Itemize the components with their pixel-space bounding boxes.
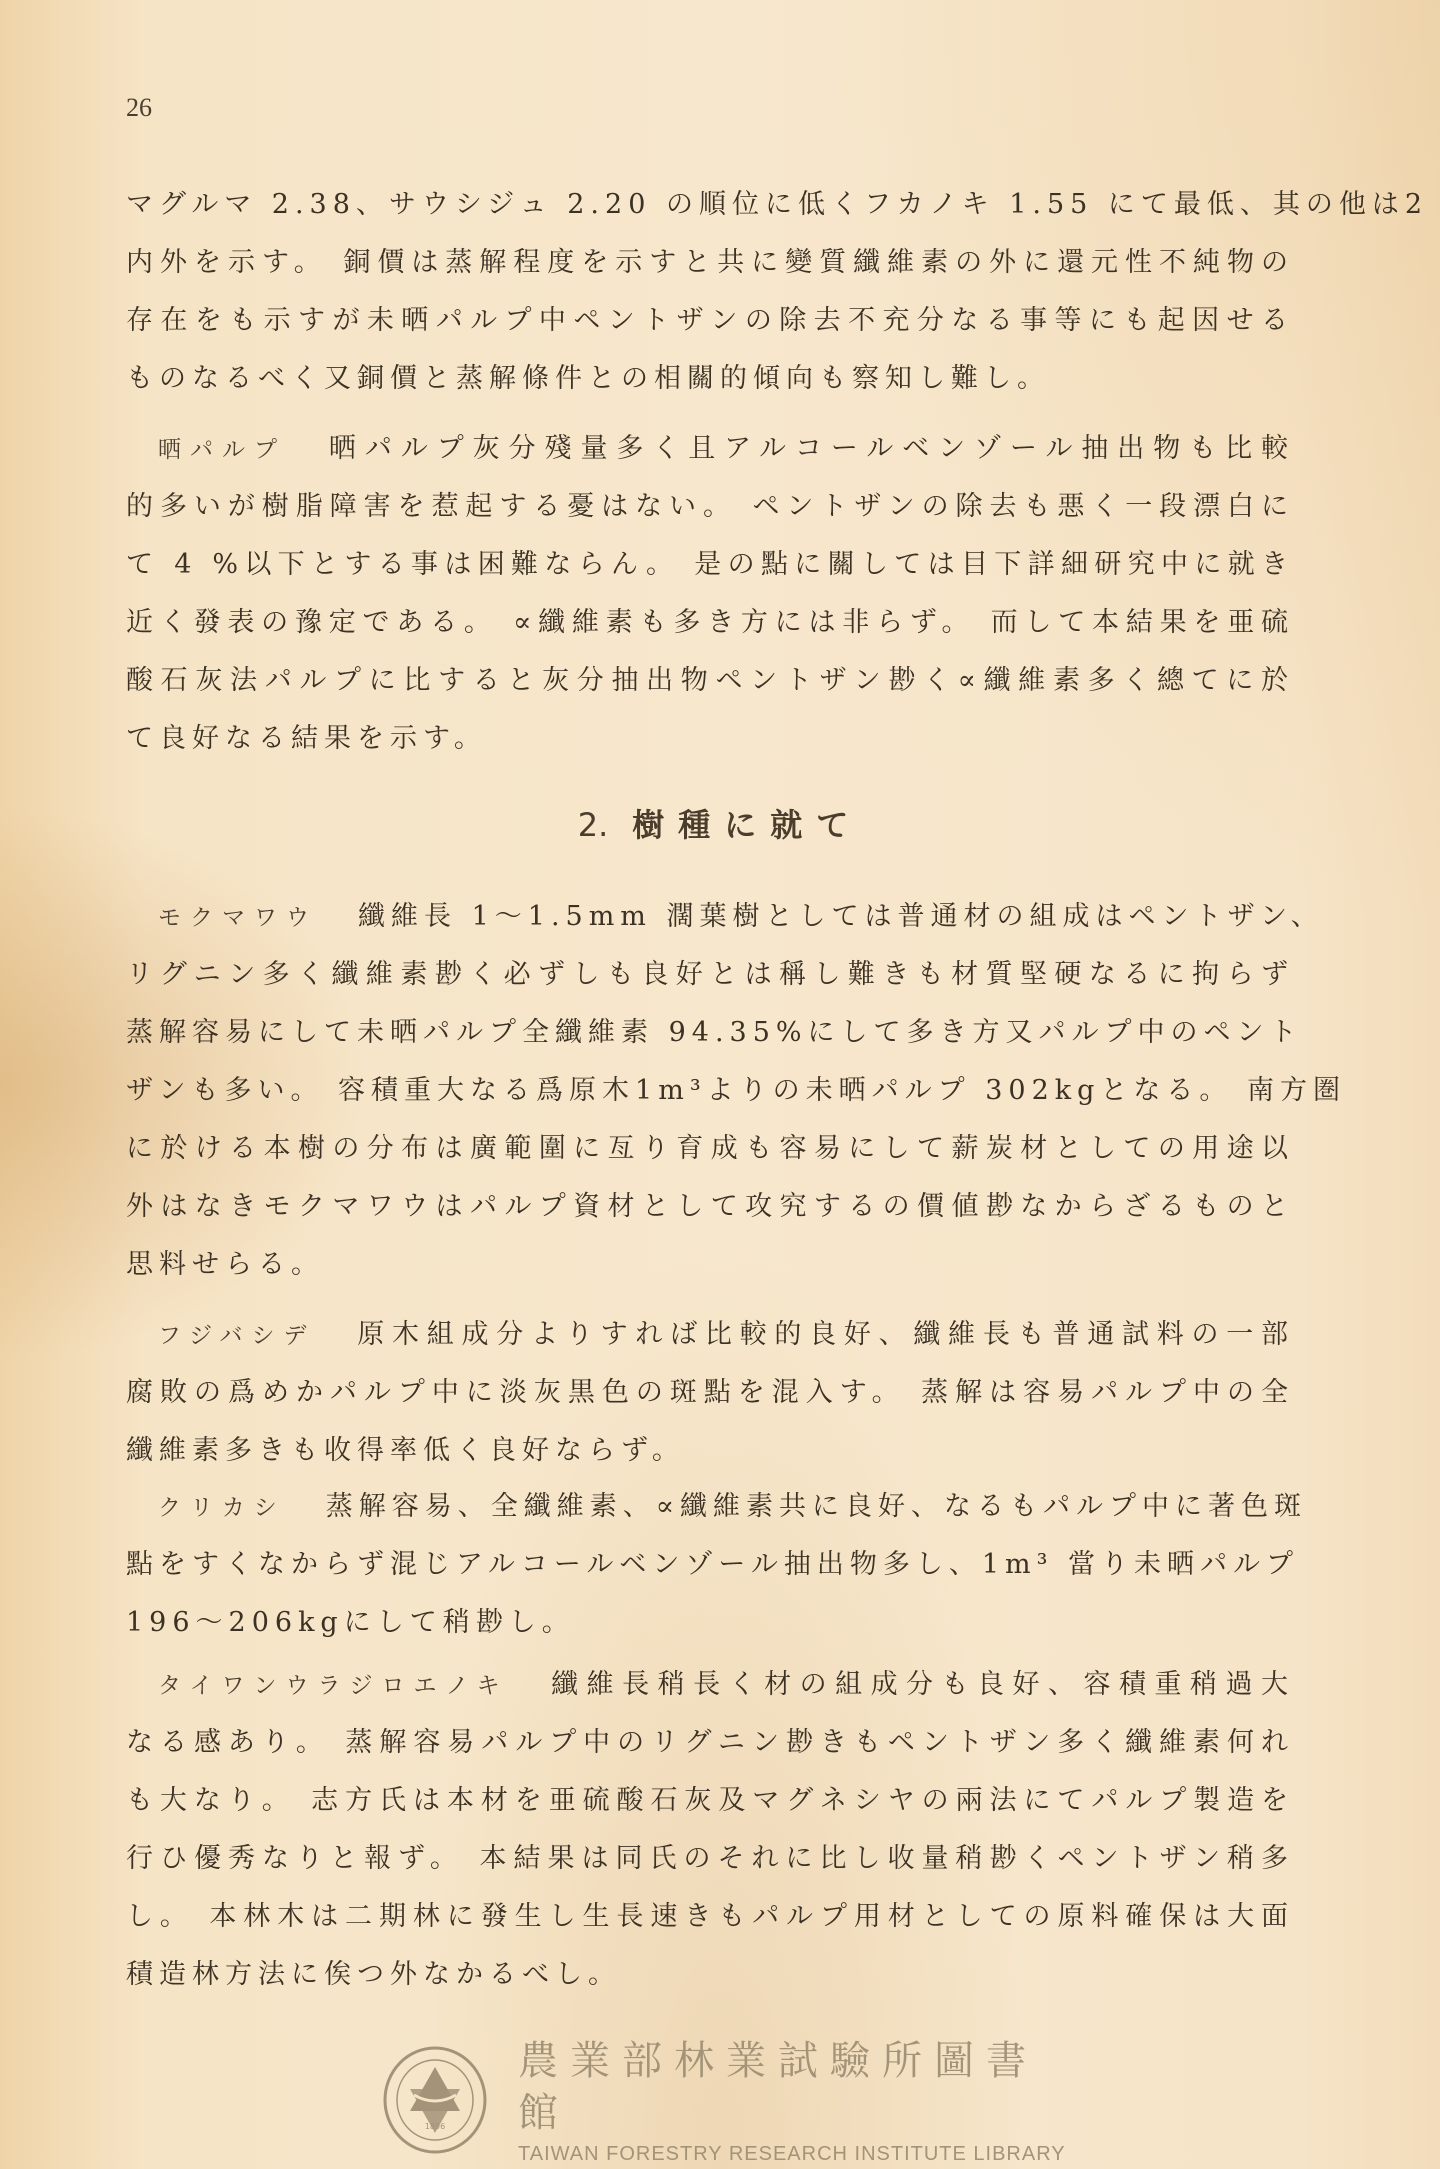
page-number: 26 [126,93,152,123]
paragraph-lead-term: 晒パルプ [158,421,286,479]
text-line: 内外を示す。 銅價は蒸解程度を示すと共に變質纖維素の外に還元性不純物の [126,234,1294,292]
text-line: 酸石灰法パルプに比すると灰分抽出物ペントザン尠く∝纖維素多く總てに於 [126,652,1294,710]
text-line: 蒸解容易にして未晒パルプ全纖維素 94.35%にして多き方又パルプ中のペント [126,1004,1294,1062]
text-line: 纖維素多きも收得率低く良好ならず。 [126,1422,1294,1480]
text-line: 外はなきモクマワウはパルプ資材として攻究するの價値尠なからざるものと [126,1178,1294,1236]
library-name-chinese: 農業部林業試驗所圖書館 [518,2035,1080,2139]
text-line: も大なり。 志方氏は本材を亜硫酸石灰及マグネシヤの兩法にてパルプ製造を [126,1772,1294,1830]
text-line: 纖維長稍長く材の組成分も良好、容積重稍過大 [549,1669,1294,1700]
text-line: し。 本林木は二期林に發生し生長速きもパルプ用材としての原料確保は大面 [126,1888,1294,1946]
paragraph-mokumawau: モクマワウ纖維長 1〜1.5mm 濶葉樹としては普通材の組成はペントザン、 リグ… [126,888,1294,1294]
text-line: ザンも多い。 容積重大なる爲原木1m³よりの未晒パルプ 302kgとなる。 南方… [126,1062,1294,1120]
section-number: 2. [578,806,609,844]
section-title: 樹種に就て [632,806,862,844]
text-line: マグルマ 2.38、サウシジュ 2.20 の順位に低くフカノキ 1.55 にて最… [126,176,1294,234]
paragraph-lead-term: モクマワウ [158,889,318,947]
text-line: て 4 %以下とする事は困難ならん。 是の點に關しては目下詳細研究中に就き [126,536,1294,594]
text-line: ものなるべく又銅價と蒸解條件との相關的傾向も察知し難し。 [126,350,1294,408]
text-line: て良好なる結果を示す。 [126,710,1294,768]
library-name-english: TAIWAN FORESTRY RESEARCH INSTITUTE LIBRA… [518,2143,1080,2166]
text-line: リグニン多く纖維素尠く必ずしも良好とは稱し難きも材質堅硬なるに拘らず [126,946,1294,1004]
institute-seal-icon: 1896 [380,2045,490,2155]
section-heading: 2.樹種に就て [0,800,1440,846]
text-line: 積造林方法に俟つ外なかるべし。 [126,1946,1294,2004]
text-line: 腐敗の爲めかパルプ中に淡灰黒色の斑點を混入す。 蒸解は容易パルプ中の全 [126,1364,1294,1422]
text-line: 196〜206kgにして稍尠し。 [126,1594,1294,1652]
text-line: に於ける本樹の分布は廣範圍に亙り育成も容易にして薪炭材としての用途以 [126,1120,1294,1178]
text-line: 近く發表の豫定である。 ∝纖維素も多き方には非らず。 而して本結果を亜硫 [126,594,1294,652]
text-line: 蒸解容易、全纖維素、∝纖維素共に良好、なるもパルプ中に著色斑 [326,1491,1307,1522]
text-line: 纖維長 1〜1.5mm 濶葉樹としては普通材の組成はペントザン、 [358,901,1324,932]
paragraph-kurikashi: クリカシ蒸解容易、全纖維素、∝纖維素共に良好、なるもパルプ中に著色斑 點をすくな… [126,1478,1294,1652]
paragraph-taiwan-urajiroenoki: タイワンウラジロエノキ纖維長稍長く材の組成分も良好、容積重稍過大 なる感あり。 … [126,1656,1294,2004]
paragraph-lead-term: フジバシデ [158,1307,315,1365]
paragraph-lead-term: タイワンウラジロエノキ [158,1657,509,1715]
text-line: 行ひ優秀なりと報ず。 本結果は同氏のそれに比し收量稍尠くペントザン稍多 [126,1830,1294,1888]
text-line: 原木組成分よりすれば比較的良好、纖維長も普通試料の一部 [355,1319,1294,1350]
paragraph-bleached-pulp: 晒パルプ晒パルプ灰分殘量多く且アルコールベンゾール抽出物も比較 的多いが樹脂障害… [126,420,1294,768]
text-line: 思料せらる。 [126,1236,1294,1294]
library-watermark: 1896 農業部林業試驗所圖書館 TAIWAN FORESTRY RESEARC… [380,2040,1080,2160]
text-line: 存在をも示すが未晒パルプ中ペントザンの除去不充分なる事等にも起因せる [126,292,1294,350]
svg-text:1896: 1896 [425,2122,445,2131]
paragraph-copper-value: マグルマ 2.38、サウシジュ 2.20 の順位に低くフカノキ 1.55 にて最… [126,176,1294,408]
text-line: 晒パルプ灰分殘量多く且アルコールベンゾール抽出物も比較 [326,433,1294,464]
text-line: 的多いが樹脂障害を惹起する憂はない。 ペントザンの除去も悪く一段漂白に [126,478,1294,536]
text-line: 點をすくなからず混じアルコールベンゾール抽出物多し、1m³ 當り未晒パルプ [126,1536,1294,1594]
paragraph-fujibashide: フジバシデ原木組成分よりすれば比較的良好、纖維長も普通試料の一部 腐敗の爲めかパ… [126,1306,1294,1480]
text-line: なる感あり。 蒸解容易パルプ中のリグニン尠きもペントザン多く纖維素何れ [126,1714,1294,1772]
paragraph-lead-term: クリカシ [158,1479,286,1537]
